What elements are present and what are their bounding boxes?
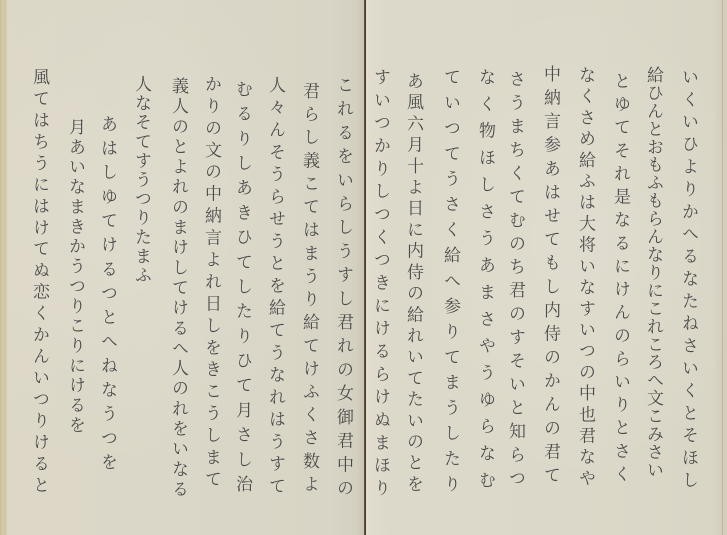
gutter-shadow xyxy=(356,0,364,535)
left-page-column-8: あはしゆてけるつとへねなうつを xyxy=(92,115,122,470)
right-page-column-8: ていつてうさく給へ参りてまうしたり xyxy=(435,68,465,492)
left-page-column-10: 風てはちうにはけてぬ恋くかんいつりけると xyxy=(24,68,54,493)
right-page-column-3: とゆてそれ是なるにけんのらいりとさく xyxy=(605,72,635,482)
right-page-column-6: さうまちくてむのち君のすそいと知らつ xyxy=(500,70,530,486)
left-page-column-2: 君らし義こてはまうり給てけふくさ数よ xyxy=(294,82,324,492)
binding-edge xyxy=(0,0,8,535)
right-page-column-5: 中納言参あはせてもし内侍のかんの君て xyxy=(535,65,565,483)
right-page-column-7: なく物ほしさうあまさやうゆらなむ xyxy=(470,68,500,488)
right-page-column-4: なくさめ給ふは大将いなすいつの中也君なや xyxy=(570,66,600,486)
right-page: いくいひよりかへるなたねさいくとそほし 給ひんとおもふもらんなりにこれころへ文こ… xyxy=(366,0,727,535)
right-page-column-2: 給ひんとおもふもらんなりにこれころへ文こみさい xyxy=(638,66,668,478)
right-page-column-10: すいつかりしつくつきにけるらけぬまほり xyxy=(365,68,395,496)
right-page-edge-outer xyxy=(723,0,727,535)
right-page-column-1: いくいひよりかへるなたねさいくとそほし xyxy=(673,68,703,488)
right-page-column-9: あ風六月十よ日に内侍の給れいてたいのとを xyxy=(398,72,428,492)
left-page-column-4: むるりしあきひてしたりひて月さし治 xyxy=(227,80,257,492)
left-page: これるをいらしうすし君れの女御君中の 君らし義こてはまうり給てけふくさ数よ 人々… xyxy=(0,0,365,535)
left-page-column-5: かりの文の中納言よれ日しをきこうしまて xyxy=(196,75,226,487)
left-page-column-9: 月あいなまきかうつりこりにけるを xyxy=(60,118,90,433)
book-spread: これるをいらしうすし君れの女御君中の 君らし義こてはまうり給てけふくさ数よ 人々… xyxy=(0,0,727,535)
left-page-column-1: これるをいらしうすし君れの女御君中の xyxy=(328,76,358,496)
left-page-column-7: 人なそてすうつりたまふ xyxy=(126,75,156,283)
left-page-column-6: 義人のとよれのまけしてけるへ人のれをいなる xyxy=(163,77,193,497)
left-page-column-3: 人々んそうらせうとを給てうなれはうすて xyxy=(260,76,290,494)
